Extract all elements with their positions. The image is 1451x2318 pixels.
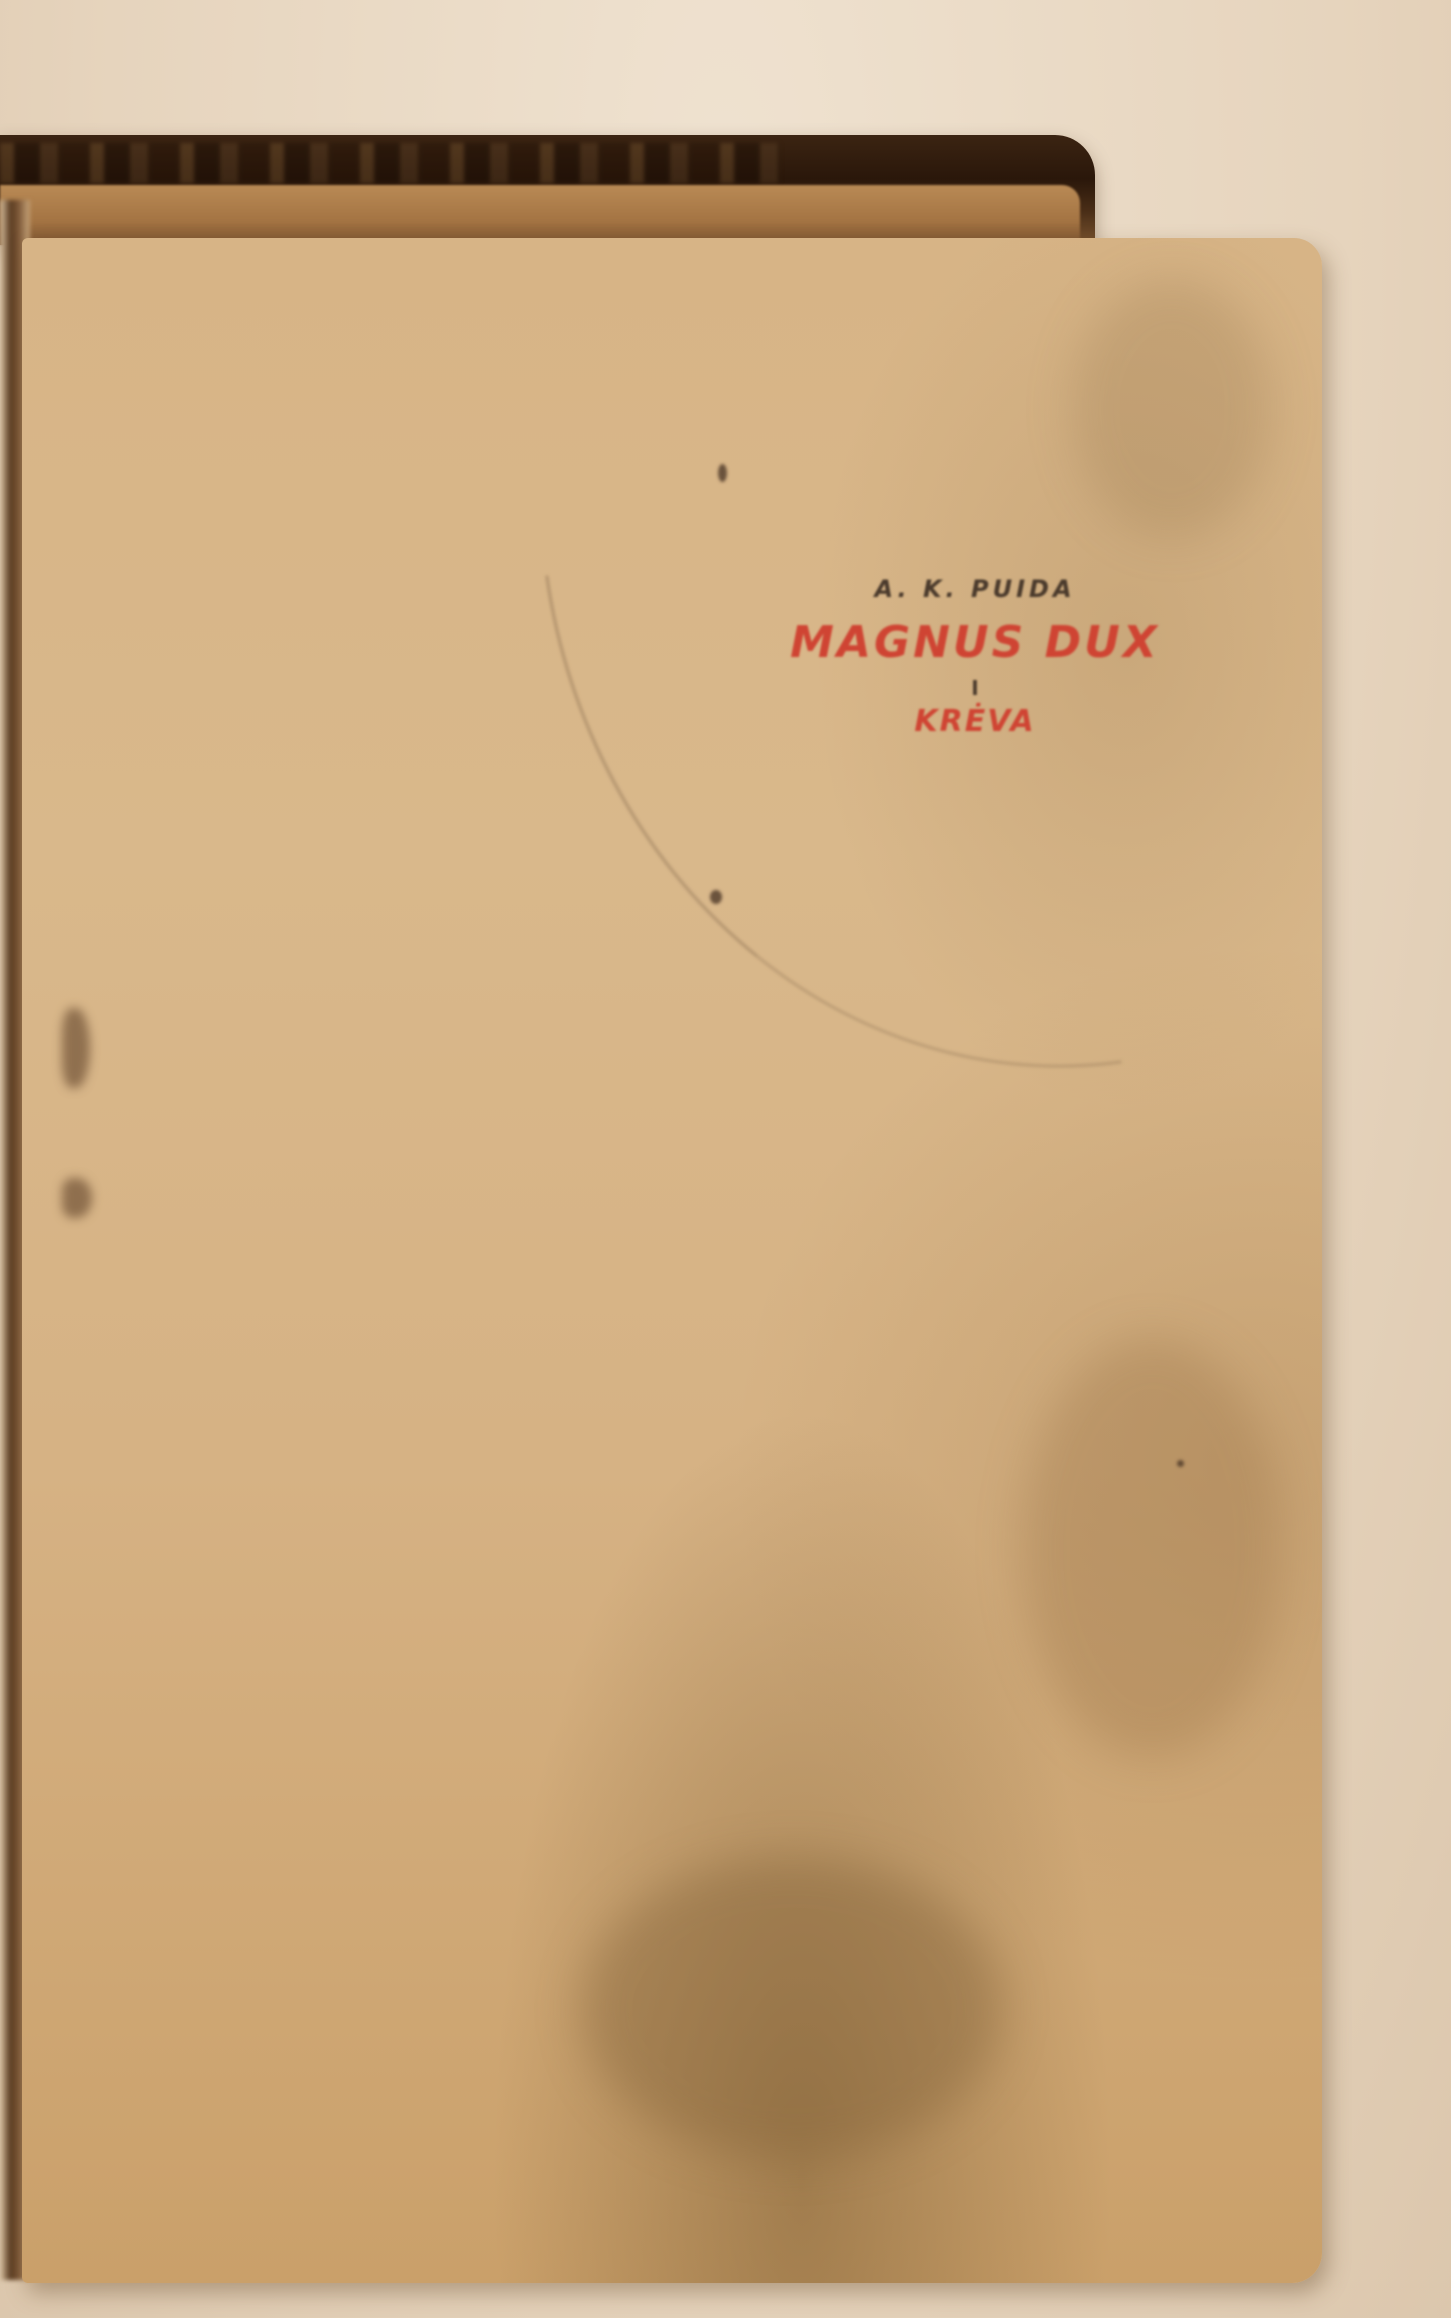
- page-tear: [62, 1178, 92, 1218]
- stain: [582, 1858, 1002, 2158]
- page-tear: [62, 1008, 90, 1088]
- book-title: MAGNUS DUX: [740, 617, 1210, 668]
- book-subtitle: KRĖVA: [740, 704, 1210, 739]
- stain: [1072, 278, 1272, 538]
- author-name: A. K. PUIDA: [740, 575, 1210, 603]
- title-block: A. K. PUIDA MAGNUS DUX I KRĖVA: [740, 575, 1210, 739]
- ink-speck: [1177, 1460, 1184, 1467]
- stain: [1022, 1338, 1282, 1758]
- page-edges: [0, 185, 1080, 245]
- marbled-cover-pattern: [0, 143, 780, 183]
- ink-speck: [718, 464, 727, 482]
- ink-speck: [710, 890, 722, 904]
- title-page: [22, 238, 1322, 2283]
- title-conjunction: I: [740, 676, 1210, 700]
